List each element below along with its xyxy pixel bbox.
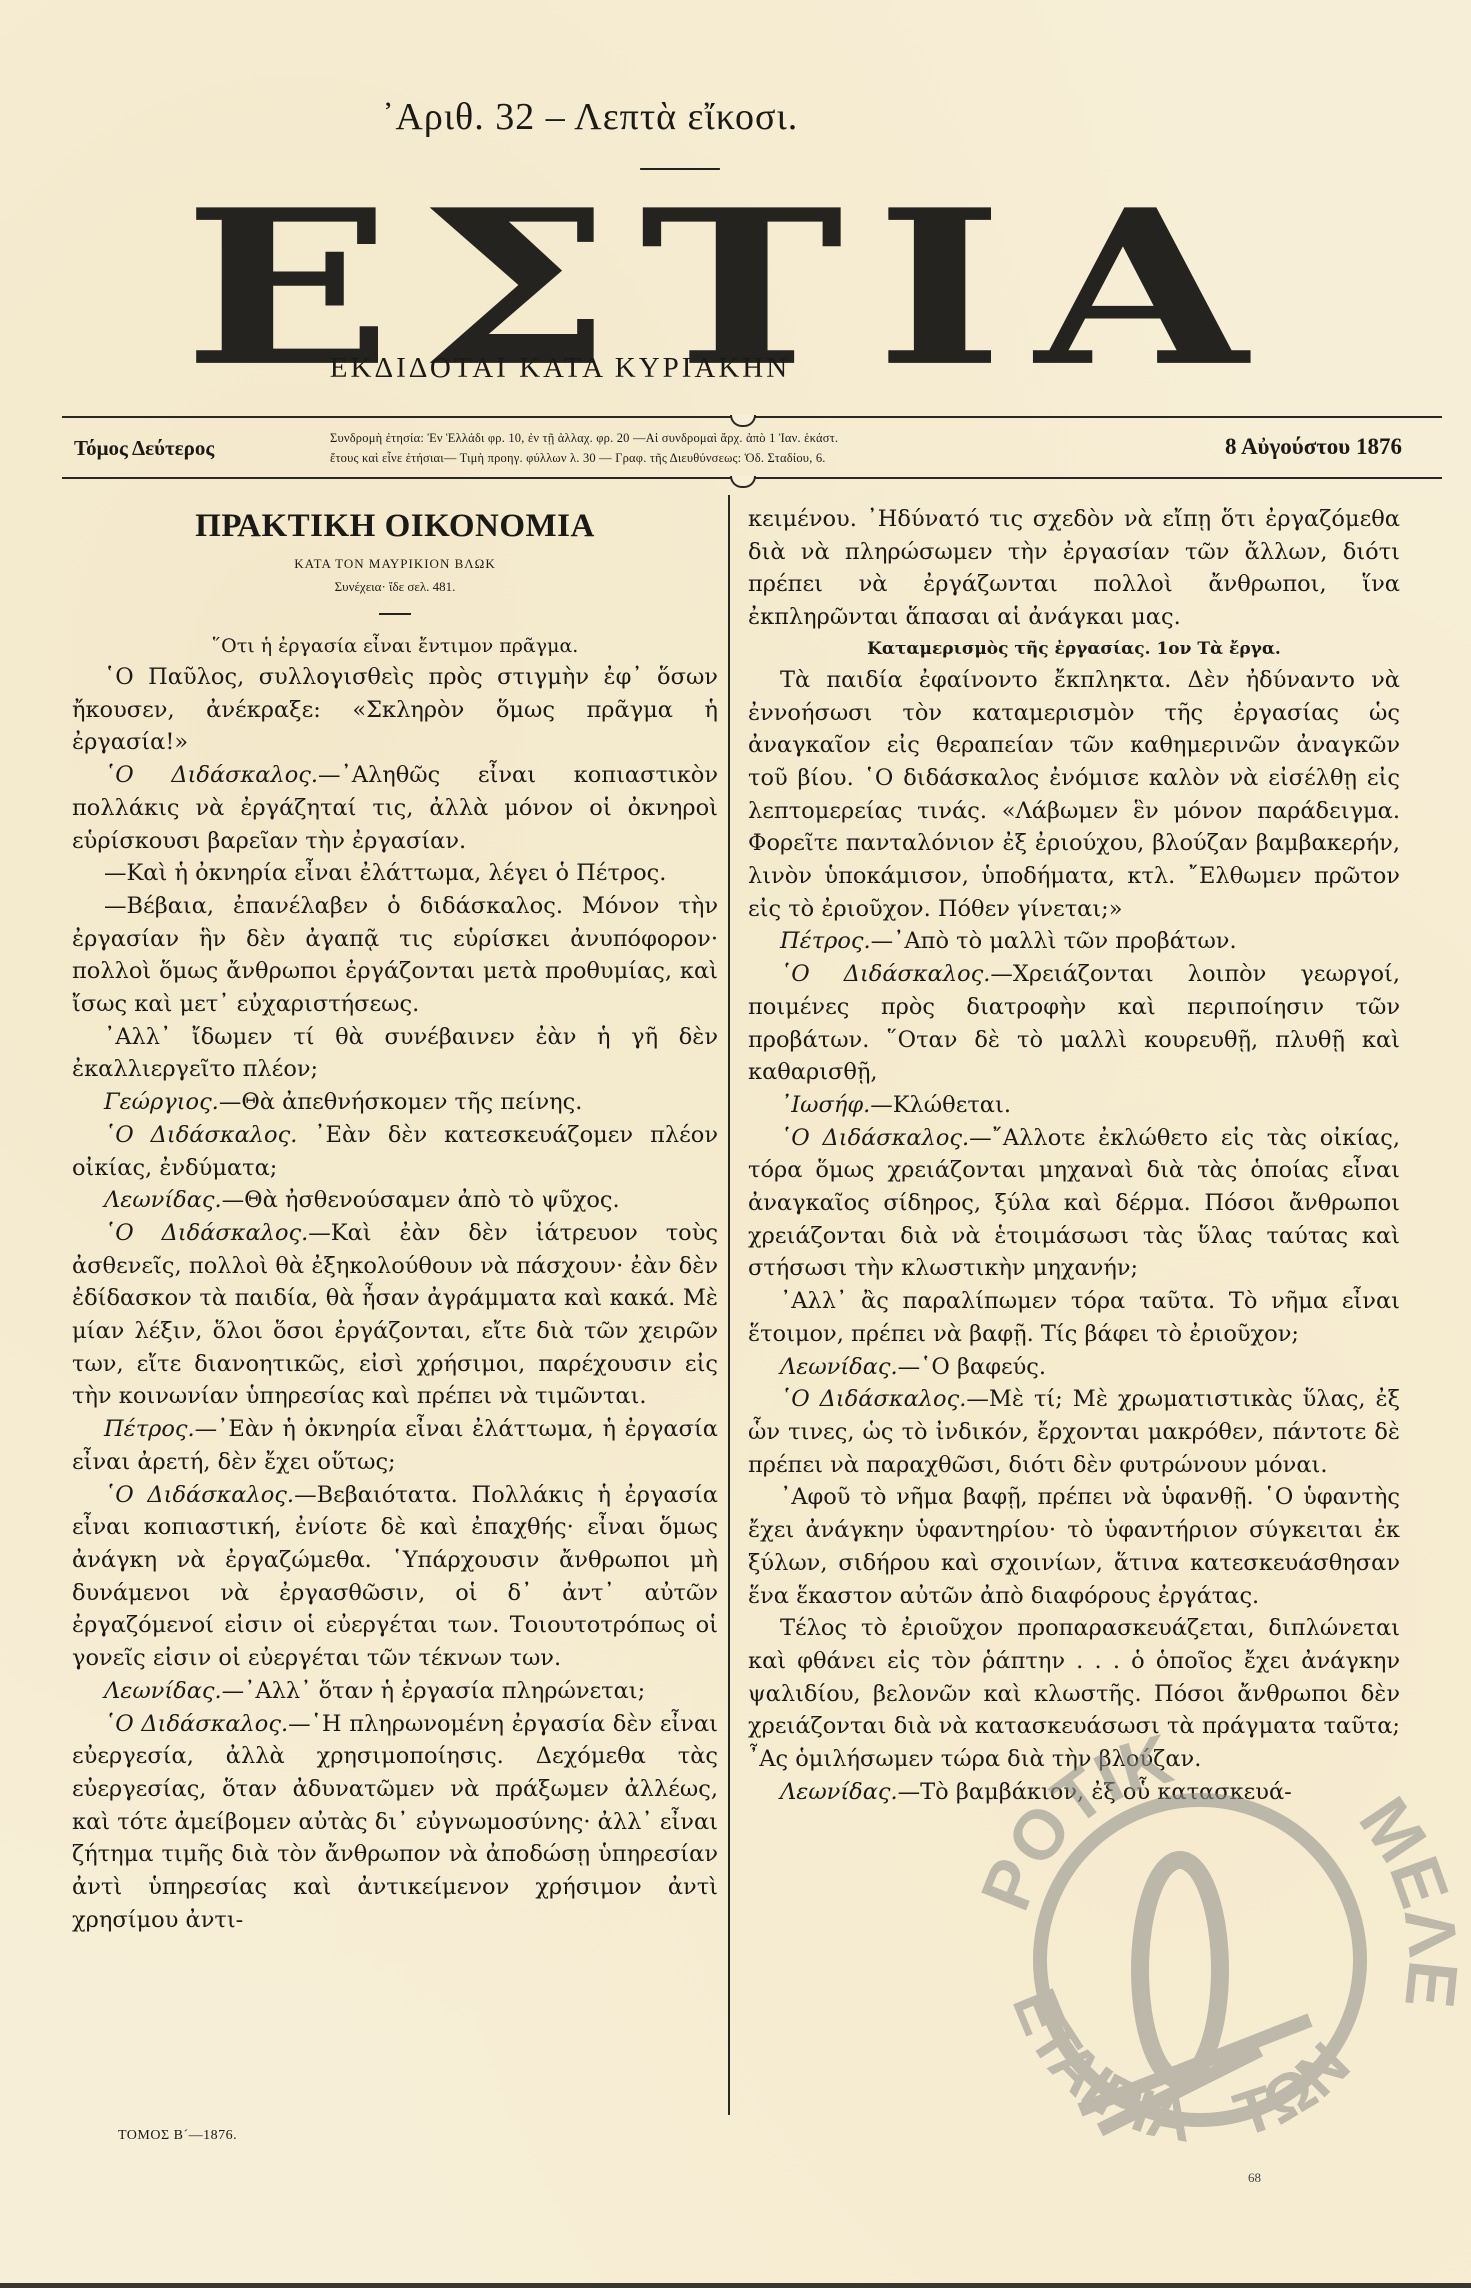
speaker-name: ῾Ο Διδάσκαλος.: [104, 1711, 288, 1737]
paragraph: Λεωνίδας.—Τὸ βαμβάκιον, ἐξ οὗ κατασκευά-: [748, 1776, 1400, 1809]
speaker-name: Γεώργιος.: [104, 1089, 219, 1115]
masthead-subtitle: ΕΚΔΙΔΟΤΑΙ ΚΑΤΑ ΚΥΡΙΑΚΗΝ: [0, 352, 1120, 385]
paragraph: ᾿Ιωσήφ.—Κλώθεται.: [748, 1089, 1400, 1122]
paragraph-text: ᾿Αφοῦ τὸ νῆμα βαφῇ, πρέπει νὰ ὑφανθῇ. ῾Ο…: [748, 1484, 1400, 1608]
speaker-name: ῾Ο Διδάσκαλος.: [104, 1482, 294, 1508]
paragraph-text: Τὰ παιδία ἐφαίνοντο ἔκπληκτα. Δὲν ἠδύναν…: [748, 667, 1400, 922]
column-divider: [728, 495, 730, 2115]
paragraph: Πέτρος.—᾿Απὸ τὸ μαλλὶ τῶν προβάτων.: [748, 925, 1400, 958]
speaker-name: Λεωνίδας.: [780, 1779, 898, 1805]
issue-info-row: Τόμος Δεύτερος Συνδρομὴ ἐτησία: Ἐν Ἑλλάδ…: [62, 428, 1442, 474]
paragraph-text: —᾿Απὸ τὸ μαλλὶ τῶν προβάτων.: [871, 928, 1237, 954]
paragraph-text: ῾Ο Παῦλος, συλλογισθεὶς πρὸς στιγμὴν ἐφ᾽…: [72, 664, 718, 755]
speaker-name: Λεωνίδας.: [780, 1354, 898, 1380]
speaker-name: ῾Ο Διδάσκαλος.: [104, 762, 318, 788]
paragraph: ᾿Αλλ᾽ ἴδωμεν τί θὰ συνέβαινεν ἐὰν ἡ γῆ δ…: [72, 1021, 718, 1086]
page-bottom-edge: [0, 2283, 1471, 2288]
paragraph-text: —Θὰ ἀπεθνήσκομεν τῆς πείνης.: [219, 1089, 583, 1115]
speaker-name: ῾Ο Διδάσκαλος.: [780, 961, 990, 987]
speaker-name: Πέτρος.: [104, 1416, 195, 1442]
paragraph: Λεωνίδας.—῾Ο βαφεύς.: [748, 1351, 1400, 1384]
left-paragraphs: ῾Ο Παῦλος, συλλογισθεὶς πρὸς στιγμὴν ἐφ᾽…: [72, 661, 718, 1936]
section-heading: Καταμερισμὸς τῆς ἐργασίας. 1ον Τὰ ἔργα.: [748, 634, 1400, 664]
paragraph: ᾿Αλλ᾽ ἂς παραλίπωμεν τόρα ταῦτα. Τὸ νῆμα…: [748, 1285, 1400, 1350]
paragraph-text: —Κλώθεται.: [870, 1092, 1011, 1118]
speaker-name: ᾿Ιωσήφ.: [780, 1092, 870, 1118]
paragraph: ῾Ο Διδάσκαλος.—Χρειάζονται λοιπὸν γεωργο…: [748, 958, 1400, 1089]
article-byline: ΚΑΤΑ ΤΟΝ ΜΑΥΡΙΚΙΟΝ ΒΛΩΚ: [72, 553, 718, 575]
speaker-name: Λεωνίδας.: [104, 1678, 222, 1704]
paragraph-text: ᾿Αλλ᾽ ἂς παραλίπωμεν τόρα ταῦτα. Τὸ νῆμα…: [748, 1288, 1400, 1347]
paragraph: Γεώργιος.—Θὰ ἀπεθνήσκομεν τῆς πείνης.: [72, 1086, 718, 1119]
subscription-info: Συνδρομὴ ἐτησία: Ἐν Ἑλλάδι φρ. 10, ἐν τῇ…: [330, 428, 930, 468]
paragraph-text: Τέλος τὸ ἐριοῦχον προπαρασκευάζεται, διπ…: [748, 1615, 1400, 1772]
paragraph: ῾Ο Διδάσκαλος.—῎Αλλοτε ἐκλώθετο εἰς τὰς …: [748, 1122, 1400, 1286]
paragraph: Λεωνίδας.—Θὰ ἠσθενούσαμεν ἀπὸ τὸ ψῦχος.: [72, 1184, 718, 1217]
speaker-name: ῾Ο Διδάσκαλος.: [780, 1386, 966, 1412]
paragraph-text: —Τὸ βαμβάκιον, ἐξ οὗ κατασκευά-: [898, 1779, 1292, 1805]
page-number: 68: [1248, 2170, 1261, 2186]
paragraph: ῾Ο Διδάσκαλος.—Καὶ ἐὰν δὲν ἰάτρευον τοὺς…: [72, 1217, 718, 1413]
footer-volume-year: ΤΟΜΟΣ Β´—1876.: [118, 2128, 237, 2144]
subscription-line: ἔτους καὶ εἶνε ἐτήσιαι— Τιμὴ προηγ. φύλλ…: [330, 448, 930, 468]
paragraph: ῾Ο Διδάσκαλος.—Βεβαιότατα. Πολλάκις ἡ ἐρ…: [72, 1479, 718, 1675]
paragraph: ῾Ο Διδάσκαλος. ᾿Εὰν δὲν κατεσκευάζομεν π…: [72, 1119, 718, 1184]
volume-label: Τόμος Δεύτερος: [74, 436, 214, 461]
paragraph: Τὰ παιδία ἐφαίνοντο ἔκπληκτα. Δὲν ἠδύναν…: [748, 664, 1400, 926]
paragraph: Πέτρος.—᾿Εὰν ἡ ὀκνηρία εἶναι ἐλάττωμα, ἡ…: [72, 1413, 718, 1478]
stamp-text-bottom: ΕΤΑΙΡΙΑ · ΤΩΝ: [999, 1980, 1364, 2156]
short-rule: [379, 613, 411, 615]
speaker-name: ῾Ο Διδάσκαλος.: [104, 1220, 308, 1246]
paragraph-text: —Καὶ ἐὰν δὲν ἰάτρευον τοὺς ἀσθενεῖς, πολ…: [72, 1220, 718, 1410]
paragraph: ῾Ο Διδάσκαλος.—᾿Αληθῶς εἶναι κοπιαστικὸν…: [72, 759, 718, 857]
speaker-name: Πέτρος.: [780, 928, 871, 954]
speaker-name: ῾Ο Διδάσκαλος.: [780, 1125, 969, 1151]
paragraph-text: —Βεβαιότατα. Πολλάκις ἡ ἐργασία εἶναι κο…: [72, 1482, 718, 1672]
paragraph: ᾿Αφοῦ τὸ νῆμα βαφῇ, πρέπει νὰ ὑφανθῇ. ῾Ο…: [748, 1481, 1400, 1612]
paragraph: —Καὶ ἡ ὀκνηρία εἶναι ἐλάττωμα, λέγει ὁ Π…: [72, 857, 718, 890]
right-column: κειμένου. ᾿Ηδύνατό τις σχεδὸν νὰ εἴπῃ ὅτ…: [748, 503, 1400, 1808]
section-heading: ῞Οτι ἡ ἐργασία εἶναι ἔντιμον πρᾶγμα.: [72, 631, 718, 661]
paragraph-text: —῾Ο βαφεύς.: [898, 1354, 1046, 1380]
paragraph: ῾Ο Παῦλος, συλλογισθεὶς πρὸς στιγμὴν ἐφ᾽…: [72, 661, 718, 759]
issue-number-price: ᾿Αριθ. 32 – Λεπτὰ εἴκοσι.: [0, 95, 1180, 139]
paragraph: Τέλος τὸ ἐριοῦχον προπαρασκευάζεται, διπ…: [748, 1612, 1400, 1776]
right-paragraphs: Τὰ παιδία ἐφαίνοντο ἔκπληκτα. Δὲν ἠδύναν…: [748, 664, 1400, 1809]
paragraph: —Βέβαια, ἐπανέλαβεν ὁ διδάσκαλος. Μόνον …: [72, 890, 718, 1021]
issue-date: 8 Αὐγούστου 1876: [1225, 434, 1402, 460]
article-title: ΠΡΑΚΤΙΚΗ ΟΙΚΟΝΟΜΙΑ: [72, 505, 718, 547]
svg-text:ΕΤΑΙΡΙΑ · ΤΩΝ: ΕΤΑΙΡΙΑ · ΤΩΝ: [999, 1980, 1364, 2156]
speaker-name: Λεωνίδας.: [104, 1187, 222, 1213]
left-column: ΠΡΑΚΤΙΚΗ ΟΙΚΟΝΟΜΙΑ ΚΑΤΑ ΤΟΝ ΜΑΥΡΙΚΙΟΝ ΒΛ…: [72, 505, 718, 1936]
paragraph-text: ᾿Αλλ᾽ ἴδωμεν τί θὰ συνέβαινεν ἐὰν ἡ γῆ δ…: [72, 1024, 718, 1083]
subscription-line: Συνδρομὴ ἐτησία: Ἐν Ἑλλάδι φρ. 10, ἐν τῇ…: [330, 428, 930, 448]
paragraph-text: —῾Η πληρωνομένη ἐργασία δὲν εἶναι εὐεργε…: [72, 1711, 718, 1933]
speaker-name: ῾Ο Διδάσκαλος.: [104, 1122, 297, 1148]
paragraph: ῾Ο Διδάσκαλος.—῾Η πληρωνομένη ἐργασία δὲ…: [72, 1708, 718, 1937]
rule-notch-top: [730, 415, 756, 427]
paragraph-text: —᾿Αλλ᾽ ὅταν ἡ ἐργασία πληρώνεται;: [222, 1678, 646, 1704]
paragraph-text: —Βέβαια, ἐπανέλαβεν ὁ διδάσκαλος. Μόνον …: [72, 893, 718, 1017]
newspaper-page: ᾿Αριθ. 32 – Λεπτὰ εἴκοσι. Ε Σ Τ Ι Α ΕΚΔΙ…: [0, 0, 1471, 2288]
paragraph: ῾Ο Διδάσκαλος.—Μὲ τί; Μὲ χρωματιστικὰς ὕ…: [748, 1383, 1400, 1481]
continuation-note: Συνέχεια· ἴδε σελ. 481.: [72, 575, 718, 599]
paragraph: Λεωνίδας.—᾿Αλλ᾽ ὅταν ἡ ἐργασία πληρώνετα…: [72, 1675, 718, 1708]
rule-notch-bottom: [730, 476, 756, 488]
paragraph-text: —Καὶ ἡ ὀκνηρία εἶναι ἐλάττωμα, λέγει ὁ Π…: [104, 860, 666, 886]
stamp-text-right: ΜΕΛΕ: [1344, 1784, 1470, 2012]
paragraph-text: —Θὰ ἠσθενούσαμεν ἀπὸ τὸ ψῦχος.: [222, 1187, 620, 1213]
paragraph: κειμένου. ᾿Ηδύνατό τις σχεδὸν νὰ εἴπῃ ὅτ…: [748, 503, 1400, 634]
svg-text:ΜΕΛΕ: ΜΕΛΕ: [1344, 1784, 1470, 2012]
